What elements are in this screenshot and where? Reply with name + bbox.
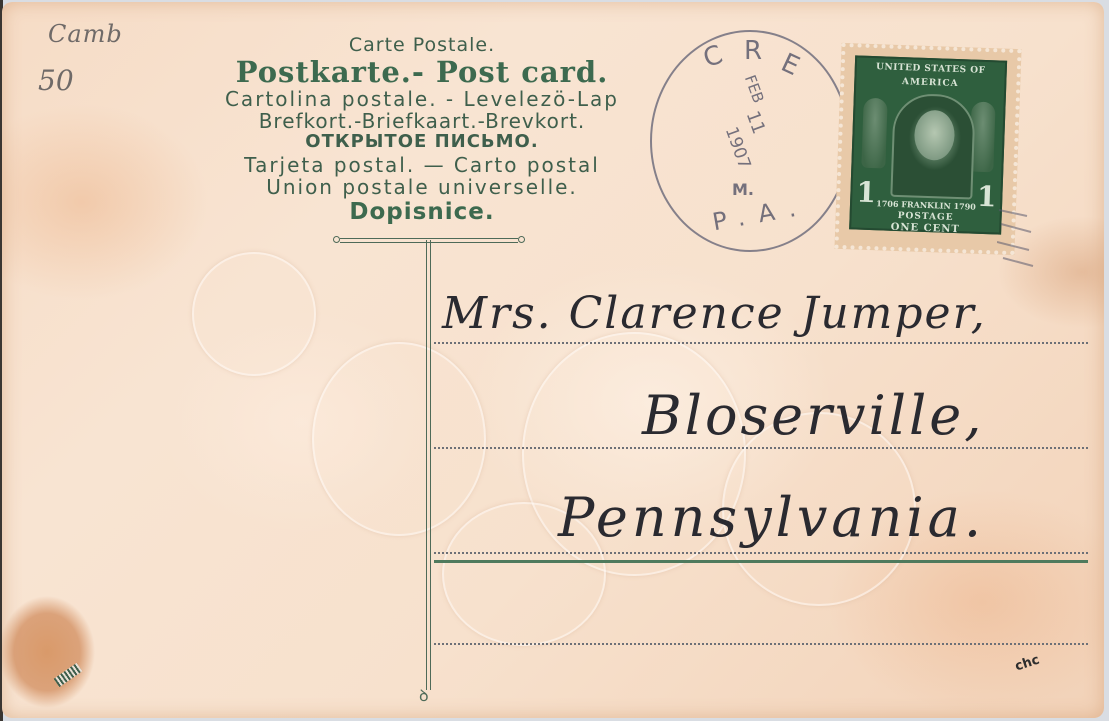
header-postkarte: Postkarte.- Post card. [122,58,722,89]
postmark-town-letter: E [776,48,804,82]
postmark-time: M. [732,180,754,199]
header-cartolina: Cartolina postale. - Levelezö-Lap [122,89,722,111]
corner-printer-mark [54,663,83,687]
recipient-name: Mrs. Clarence Jumper, [442,288,987,339]
stamp-design: UNITED STATES OF AMERICA 1 1 1706 FRANKL… [849,55,1007,234]
stamp-allegorical-figure [861,98,887,169]
postmark-month: FEB [741,73,768,106]
address-guide-line [434,552,1088,554]
address-guide-line [434,447,1088,449]
recipient-state: Pennsylvania. [558,486,985,549]
postmark-town-letter: R [744,36,762,66]
publisher-mark: chc [1013,653,1041,675]
postage-stamp: UNITED STATES OF AMERICA 1 1 1706 FRANKL… [834,43,1021,255]
header-tarjeta: Tarjeta postal. — Carto postal [122,155,722,177]
header-brefkort: Brefkort.-Briefkaart.-Brevkort. [122,111,722,133]
pencil-note-number: 50 [38,64,74,97]
postmark-town-letter: C [699,40,726,74]
stamp-country-top: UNITED STATES OF [857,61,1005,76]
address-solid-rule [434,560,1088,563]
stamp-country-bottom: AMERICA [856,75,1004,90]
postcard-header: Carte Postale. Postkarte.- Post card. Ca… [122,36,722,227]
address-guide-line [434,643,1088,645]
postmark: C R E FEB 11 1907 M. P.A. [650,30,850,252]
header-russian: ОТКРЫТОЕ ПИСЬМО. [122,133,722,155]
cancellation-lines [997,202,1037,272]
address-guide-line [434,342,1088,344]
postmark-day: 11 [742,108,770,137]
pencil-note-camb: Camb [48,20,123,48]
franklin-portrait [890,93,976,200]
postmark-state: P.A. [710,192,811,237]
header-dopisnice: Dopisnice. [122,201,722,227]
embossed-flower [312,342,486,536]
portrait-face [914,110,956,161]
recipient-city: Bloserville, [642,384,984,447]
divider-vertical-rule [426,240,431,690]
header-union-postale: Union postale universelle. [122,177,722,201]
postcard-back: Camb 50 Carte Postale. Postkarte.- Post … [2,2,1104,718]
divider-ornament-icon: ꝺ [419,684,429,706]
embossed-flower [192,252,316,376]
